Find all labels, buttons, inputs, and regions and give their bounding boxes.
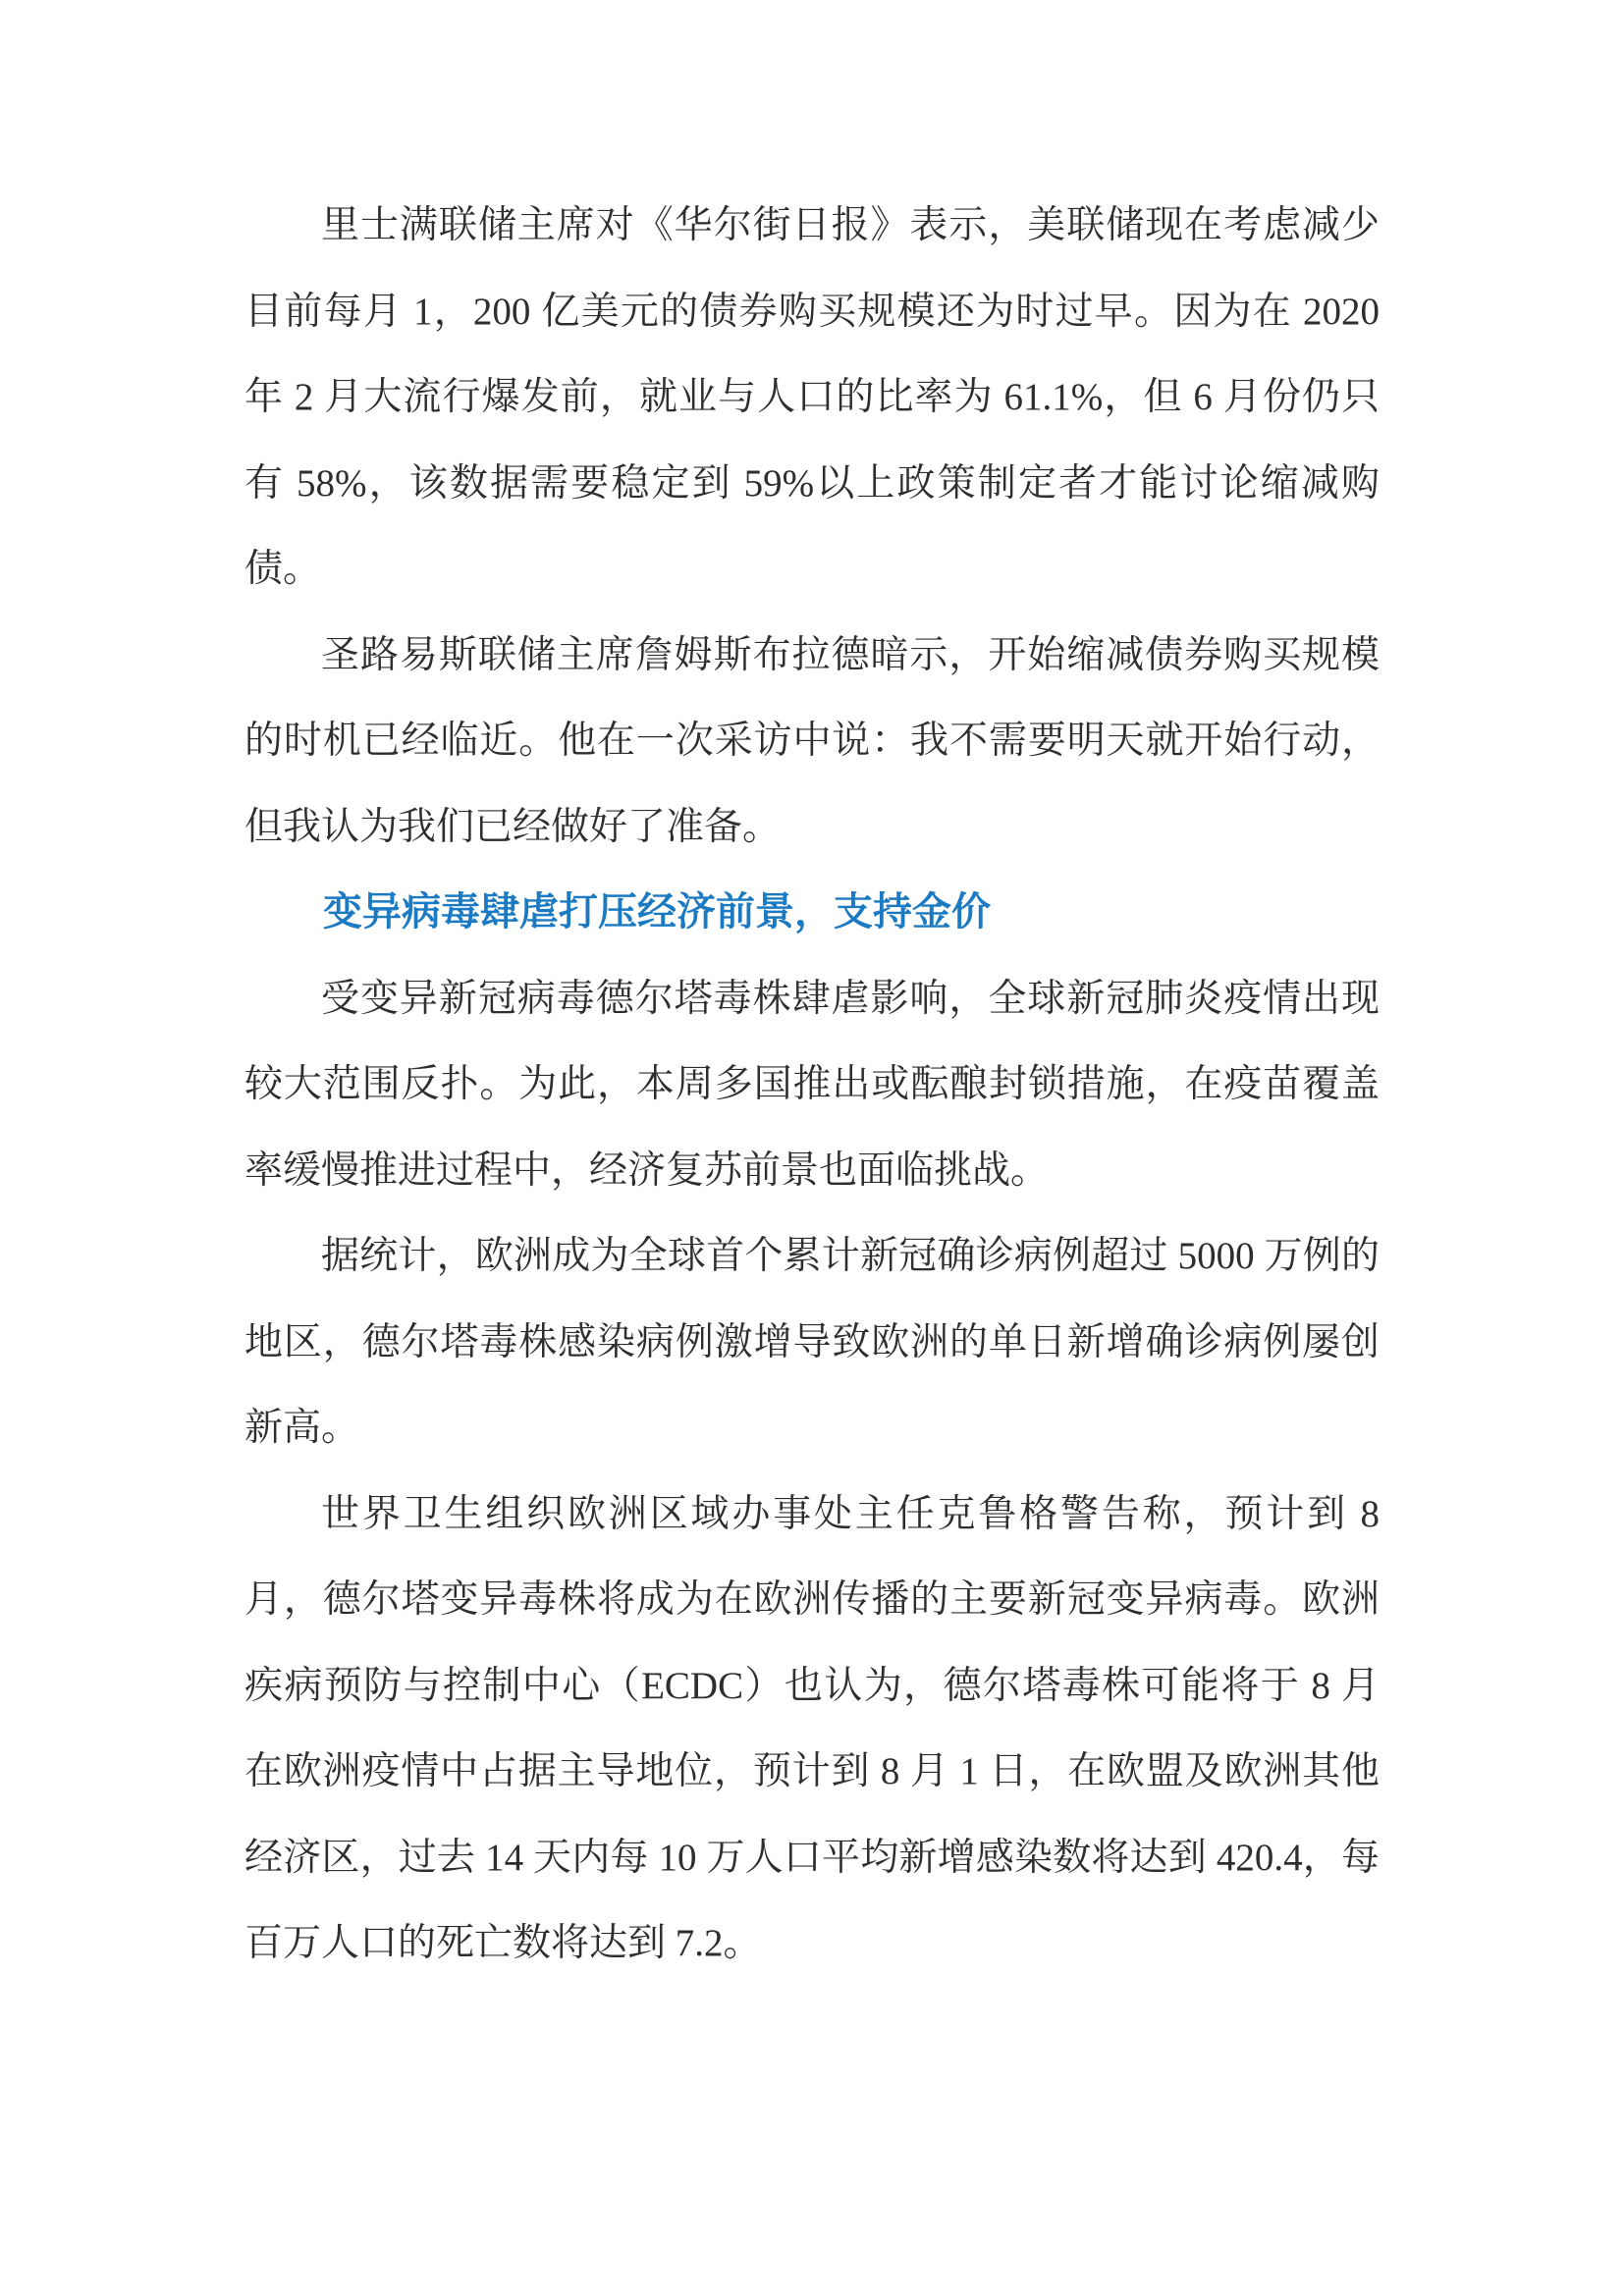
paragraph-fed-stlouis: 圣路易斯联储主席詹姆斯布拉德暗示，开始缩减债券购买规模的时机已经临近。他在一次采… xyxy=(244,613,1380,871)
document-page: 里士满联储主席对《华尔街日报》表示，美联储现在考虑减少目前每月 1，200 亿美… xyxy=(0,0,1624,2296)
paragraph-delta-impact: 受变异新冠病毒德尔塔毒株肆虐影响，全球新冠肺炎疫情出现较大范围反扑。为此，本周多… xyxy=(244,956,1380,1214)
paragraph-europe-cases: 据统计，欧洲成为全球首个累计新冠确诊病例超过 5000 万例的地区，德尔塔毒株感… xyxy=(244,1213,1380,1471)
section-heading-variant-virus: 变异病毒肆虐打压经济前景，支持金价 xyxy=(244,870,1380,956)
paragraph-who-warning: 世界卫生组织欧洲区域办事处主任克鲁格警告称，预计到 8 月，德尔塔变异毒株将成为… xyxy=(244,1471,1380,1987)
paragraph-fed-richmond: 里士满联储主席对《华尔街日报》表示，美联储现在考虑减少目前每月 1，200 亿美… xyxy=(244,183,1380,613)
